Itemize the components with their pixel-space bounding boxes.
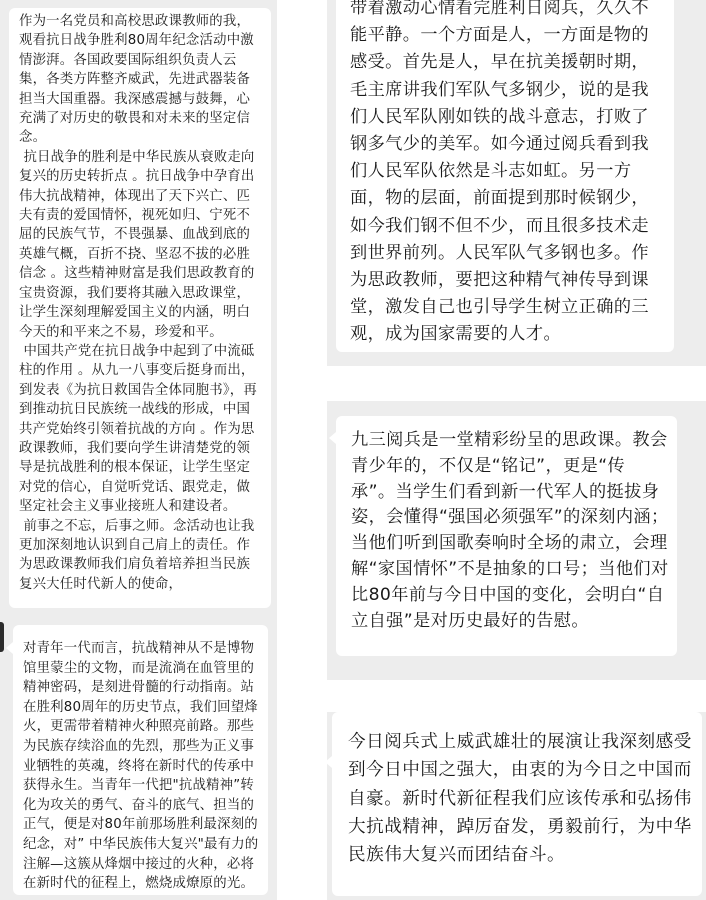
- message-text: 今日阅兵式上威武雄壮的展演让我深刻感受到今日中国之强大，由衷的为今日之中国而自豪…: [348, 728, 694, 869]
- left-chat-panel: 作为一名党员和高校思政课教师的我，观看抗日战争胜利80周年纪念活动中激情澎湃。各…: [0, 0, 277, 900]
- message-paragraph: 中国共产党在抗日战争中起到了中流砥柱的作用 。从九一八事变后挺身而出，到发表《为…: [19, 342, 263, 517]
- bubble-tail: [329, 432, 336, 444]
- message-paragraph: 作为一名党员和高校思政课教师的我，观看抗日战争胜利80周年纪念活动中激情澎湃。各…: [19, 12, 263, 148]
- bubble-tail: [6, 642, 13, 654]
- divider-strip: [327, 366, 706, 401]
- divider-strip: [327, 680, 706, 712]
- message-paragraph: 抗日战争的胜利是中华民族从衰败走向复兴的历史转折点 。抗日战争中孕育出伟大抗战精…: [19, 148, 263, 342]
- right-chat-panel: 带着激动心情看完胜利日阅兵，久久不能平静。一个方面是人，一方面是物的感受。首先是…: [327, 0, 706, 900]
- chat-message-bubble-4[interactable]: 九三阅兵是一堂精彩纷呈的思政课。教会青少年的，不仅是“铭记”，更是“传承”。当学…: [336, 416, 677, 656]
- avatar[interactable]: [0, 622, 4, 652]
- chat-message-bubble-1[interactable]: 作为一名党员和高校思政课教师的我，观看抗日战争胜利80周年纪念活动中激情澎湃。各…: [9, 8, 271, 608]
- chat-message-bubble-2[interactable]: 对青年一代而言，抗战精神从不是博物馆里蒙尘的文物，而是流淌在血管里的精神密码，是…: [13, 625, 268, 895]
- chat-message-bubble-3[interactable]: 带着激动心情看完胜利日阅兵，久久不能平静。一个方面是人，一方面是物的感受。首先是…: [336, 0, 674, 352]
- message-paragraph: 前事之不忘，后事之师。念活动也让我更加深刻地认识到自己肩上的责任。作为思政课教师…: [19, 517, 263, 595]
- message-text: 九三阅兵是一堂精彩纷呈的思政课。教会青少年的，不仅是“铭记”，更是“传承”。当学…: [351, 428, 669, 634]
- message-text: 对青年一代而言，抗战精神从不是博物馆里蒙尘的文物，而是流淌在血管里的精神密码，是…: [23, 639, 260, 894]
- chat-message-bubble-5[interactable]: 今日阅兵式上威武雄壮的展演让我深刻感受到今日中国之强大，由衷的为今日之中国而自豪…: [332, 712, 702, 896]
- bubble-tail: [327, 756, 332, 768]
- message-text: 带着激动心情看完胜利日阅兵，久久不能平静。一个方面是人，一方面是物的感受。首先是…: [350, 0, 666, 349]
